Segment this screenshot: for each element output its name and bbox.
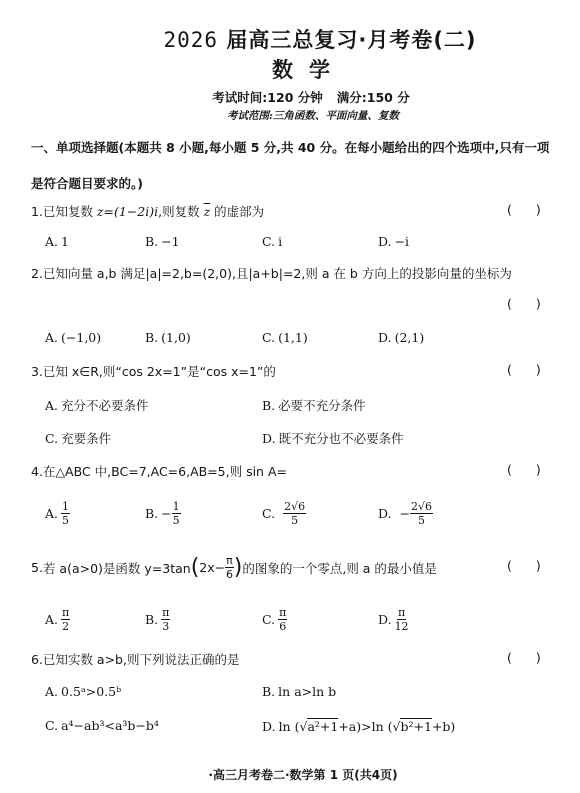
- answer-blank-2: ( ): [507, 296, 541, 311]
- option-label: B.: [145, 330, 158, 345]
- q6-option-a: A.0.5ᵃ>0.5ᵇ: [45, 684, 121, 699]
- q6-option-d: D.ln (√a²+1+a)>ln (√b²+1+b): [262, 718, 455, 734]
- option-label: C.: [262, 330, 275, 345]
- numerator: 2√6: [410, 500, 433, 514]
- numerator: π: [225, 554, 234, 568]
- fraction: π6: [225, 554, 234, 581]
- fraction: 15: [172, 500, 181, 527]
- q4-option-a: A.15: [45, 500, 70, 527]
- option-text: (1,0): [161, 330, 191, 345]
- denominator: 2: [62, 620, 69, 633]
- fraction: 15: [61, 500, 70, 527]
- q3-option-c: C.充要条件: [45, 429, 111, 447]
- option-label: D.: [378, 234, 392, 249]
- denominator: 6: [279, 620, 286, 633]
- denominator: 12: [395, 620, 409, 633]
- option-text: −1: [161, 234, 179, 249]
- question-3-stem: 3.已知 x∈R,则“cos 2x=1”是“cos x=1”的: [31, 362, 276, 380]
- option-text: 必要不充分条件: [278, 396, 366, 414]
- answer-blank-3: ( ): [507, 362, 541, 377]
- option-label: D.: [262, 719, 276, 734]
- q5-option-a: A.π2: [45, 606, 70, 633]
- stem-text: 的图象的一个零点,则 a 的最小值是: [242, 559, 437, 577]
- option-label: C.: [262, 234, 275, 249]
- option-sign: −: [400, 506, 410, 521]
- question-4-stem: 4.在△ABC 中,BC=7,AC=6,AB=5,则 sin A=: [31, 462, 287, 480]
- question-number: 4.: [31, 464, 43, 479]
- exam-title-year: 2026: [163, 28, 218, 52]
- option-text: +a)>ln (: [338, 719, 392, 734]
- option-label: D.: [378, 330, 392, 345]
- option-text: 0.5ᵃ>0.5ᵇ: [61, 684, 121, 699]
- q1-option-d: D.−i: [378, 234, 409, 249]
- option-label: B.: [145, 506, 158, 521]
- q5-option-c: C.π6: [262, 606, 287, 633]
- option-label: C.: [262, 612, 275, 627]
- fraction: π2: [61, 606, 70, 633]
- option-text: ln a>ln b: [278, 684, 336, 699]
- option-text: 充要条件: [61, 429, 111, 447]
- stem-text: 已知向量 a,b 满足|a|=2,b=(2,0),且|a+b|=2,则 a 在 …: [43, 266, 512, 281]
- question-6-stem: 6.已知实数 a>b,则下列说法正确的是: [31, 650, 239, 668]
- q4-option-b: B.−15: [145, 500, 181, 527]
- q4-option-d: D.−2√65: [378, 500, 433, 527]
- stem-text: 若 a(a>0)是函数 y=3tan: [43, 559, 191, 577]
- option-label: A.: [45, 330, 58, 345]
- option-text: (−1,0): [61, 330, 101, 345]
- option-label: A.: [45, 234, 58, 249]
- big-paren: ): [234, 557, 243, 579]
- question-number: 5.: [31, 560, 43, 575]
- stem-math: 2x−: [199, 560, 225, 575]
- numerator: π: [61, 606, 70, 620]
- stem-text: 在△ABC 中,BC=7,AC=6,AB=5,则 sin A=: [43, 464, 287, 479]
- stem-text: ,则复数: [158, 204, 203, 219]
- option-label: A.: [45, 684, 58, 699]
- q2-option-b: B.(1,0): [145, 330, 191, 345]
- option-text: 1: [61, 234, 69, 249]
- option-label: C.: [45, 431, 58, 446]
- option-label: B.: [262, 398, 275, 413]
- question-number: 3.: [31, 364, 43, 379]
- denominator: 5: [173, 514, 180, 527]
- q6-option-b: B.ln a>ln b: [262, 684, 336, 699]
- answer-blank-4: ( ): [507, 462, 541, 477]
- question-number: 1.: [31, 204, 43, 219]
- option-label: C.: [45, 718, 58, 733]
- question-5-stem: 5.若 a(a>0)是函数 y=3tan(2x−π6)的图象的一个零点,则 a …: [31, 554, 437, 581]
- q4-option-c: C.2√65: [262, 500, 306, 527]
- q3-option-b: B.必要不充分条件: [262, 396, 366, 414]
- denominator: 5: [418, 514, 425, 527]
- stem-math: z=(1−2i)i: [97, 204, 158, 219]
- exam-title-text: 届高三总复习·月考卷(二): [226, 28, 476, 52]
- q2-option-a: A.(−1,0): [45, 330, 101, 345]
- numerator: 2√6: [283, 500, 306, 514]
- big-paren: (: [191, 557, 200, 579]
- question-2-stem: 2.已知向量 a,b 满足|a|=2,b=(2,0),且|a+b|=2,则 a …: [31, 264, 512, 282]
- option-text: +b): [432, 719, 455, 734]
- stem-text: 已知复数: [43, 204, 97, 219]
- q1-option-c: C.i: [262, 234, 282, 249]
- stem-text: 已知 x∈R,则“cos 2x=1”是“cos x=1”的: [43, 364, 276, 379]
- option-sign: −: [161, 506, 171, 521]
- section-heading-line1: 一、单项选择题(本题共 8 小题,每小题 5 分,共 40 分。在每小题给出的四…: [31, 138, 549, 156]
- sqrt-radicand: b²+1: [400, 718, 431, 734]
- question-number: 6.: [31, 652, 43, 667]
- sqrt-radicand: a²+1: [307, 718, 338, 734]
- option-text: (2,1): [395, 330, 425, 345]
- denominator: 3: [162, 620, 169, 633]
- q1-option-a: A.1: [45, 234, 69, 249]
- option-label: D.: [378, 506, 392, 521]
- option-text: i: [278, 234, 282, 249]
- numerator: 1: [172, 500, 181, 514]
- q6-option-c: C.a⁴−ab³<a³b−b⁴: [45, 718, 159, 733]
- fraction: π6: [278, 606, 287, 633]
- exam-meta: 考试时间:120 分钟满分:150 分: [0, 88, 580, 106]
- numerator: 1: [61, 500, 70, 514]
- q3-option-a: A.充分不必要条件: [45, 396, 149, 414]
- option-label: C.: [262, 506, 275, 521]
- answer-blank-5: ( ): [507, 558, 541, 573]
- option-text: 既不充分也不必要条件: [279, 429, 404, 447]
- answer-blank-1: ( ): [507, 202, 541, 217]
- option-text: −i: [395, 234, 409, 249]
- option-text: a⁴−ab³<a³b−b⁴: [61, 718, 159, 733]
- stem-text: 的虚部为: [210, 204, 264, 219]
- option-label: B.: [145, 612, 158, 627]
- q2-option-c: C.(1,1): [262, 330, 308, 345]
- option-label: A.: [45, 612, 58, 627]
- subject-heading: 数学: [0, 54, 580, 84]
- exam-title: 2026 届高三总复习·月考卷(二): [0, 24, 580, 54]
- exam-time: 考试时间:120 分钟: [212, 90, 322, 105]
- section-heading-line2: 是符合题目要求的。): [31, 174, 143, 192]
- fraction: π3: [161, 606, 170, 633]
- option-text: 充分不必要条件: [61, 396, 149, 414]
- sqrt-sign: √: [393, 719, 401, 734]
- numerator: π: [278, 606, 287, 620]
- q3-option-d: D.既不充分也不必要条件: [262, 429, 404, 447]
- numerator: π: [397, 606, 406, 620]
- answer-blank-6: ( ): [507, 650, 541, 665]
- option-label: D.: [378, 612, 392, 627]
- option-label: A.: [45, 506, 58, 521]
- q2-option-d: D.(2,1): [378, 330, 424, 345]
- denominator: 5: [291, 514, 298, 527]
- numerator: π: [161, 606, 170, 620]
- fraction: 2√65: [283, 500, 306, 527]
- page-footer: ·高三月考卷二·数学第 1 页(共4页): [0, 766, 580, 783]
- stem-text: 已知实数 a>b,则下列说法正确的是: [43, 652, 240, 667]
- denominator: 5: [62, 514, 69, 527]
- option-text: (1,1): [278, 330, 308, 345]
- question-1-stem: 1.已知复数 z=(1−2i)i,则复数 z 的虚部为: [31, 202, 264, 220]
- q5-option-d: D.π12: [378, 606, 409, 633]
- option-label: B.: [262, 684, 275, 699]
- option-label: B.: [145, 234, 158, 249]
- exam-scope: 考试范围:三角函数、平面向量、复数: [0, 108, 580, 123]
- option-label: A.: [45, 398, 58, 413]
- question-number: 2.: [31, 266, 43, 281]
- sqrt-sign: √: [299, 719, 307, 734]
- option-label: D.: [262, 431, 276, 446]
- full-score: 满分:150 分: [337, 90, 410, 105]
- denominator: 6: [226, 568, 233, 581]
- q5-option-b: B.π3: [145, 606, 170, 633]
- fraction: π12: [395, 606, 409, 633]
- fraction: 2√65: [410, 500, 433, 527]
- q1-option-b: B.−1: [145, 234, 180, 249]
- option-text: ln (: [279, 719, 300, 734]
